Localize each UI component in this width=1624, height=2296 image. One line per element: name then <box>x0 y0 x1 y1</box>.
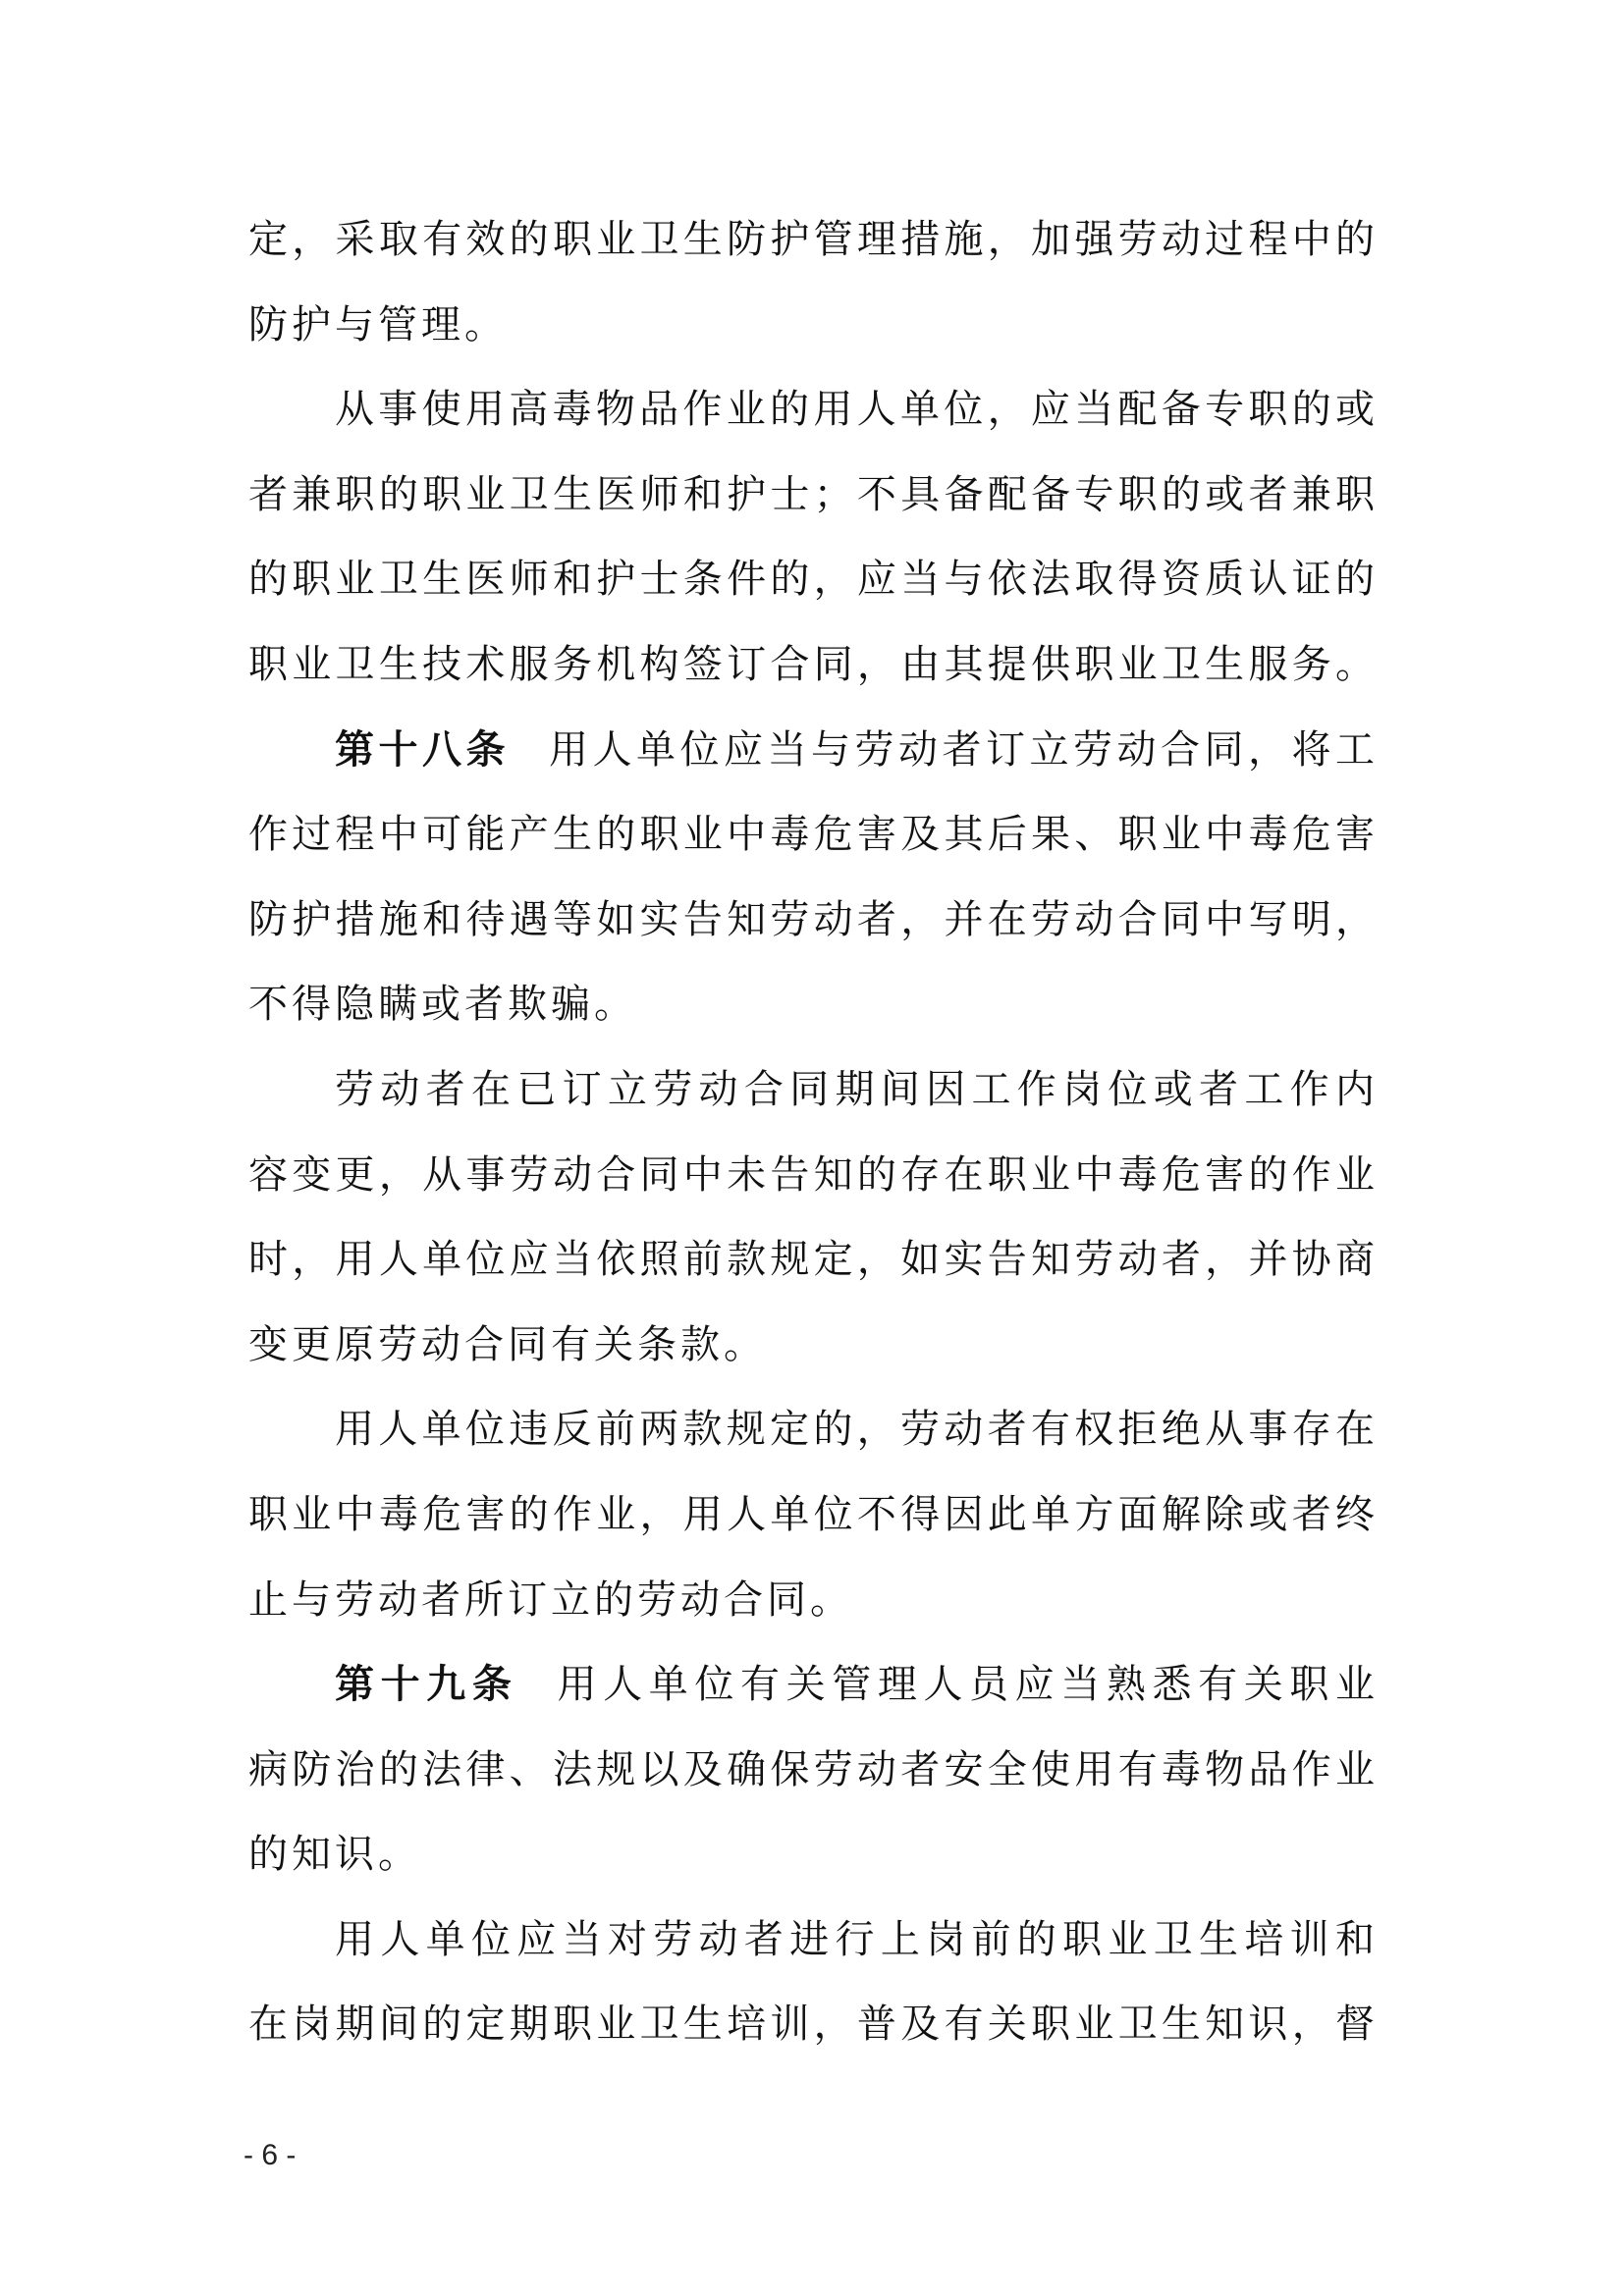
text-line: 容变更，从事劳动合同中未告知的存在职业中毒危害的作业 <box>248 1153 1375 1197</box>
text-line: 从事使用高毒物品作业的用人单位，应当配备专职的或 <box>335 388 1375 431</box>
text-line: 劳动者在已订立劳动合同期间因工作岗位或者工作内 <box>335 1068 1375 1111</box>
text-line: 作过程中可能产生的职业中毒危害及其后果、职业中毒危害 <box>248 813 1375 856</box>
text-line: 在岗期间的定期职业卫生培训，普及有关职业卫生知识，督 <box>248 2002 1375 2046</box>
text-line: 用人单位违反前两款规定的，劳动者有权拒绝从事存在 <box>335 1408 1375 1451</box>
text-line: 定，采取有效的职业卫生防护管理措施，加强劳动过程中的 <box>248 218 1375 261</box>
article-18-line: 第十八条用人单位应当与劳动者订立劳动合同，将工 <box>335 728 1375 772</box>
text-line: 时，用人单位应当依照前款规定，如实告知劳动者，并协商 <box>248 1238 1375 1281</box>
text-line: 防护与管理。 <box>248 303 1375 347</box>
text-line: 变更原劳动合同有关条款。 <box>248 1323 1375 1366</box>
text-line: 用人单位应当与劳动者订立劳动合同，将工 <box>549 727 1375 773</box>
text-line: 用人单位有关管理人员应当熟悉有关职业 <box>557 1662 1375 1707</box>
text-line: 病防治的法律、法规以及确保劳动者安全使用有毒物品作业 <box>248 1748 1375 1791</box>
page-number: - 6 - <box>244 2136 296 2175</box>
article-19-line: 第十九条用人单位有关管理人员应当熟悉有关职业 <box>335 1663 1375 1706</box>
text-line: 职业中毒危害的作业，用人单位不得因此单方面解除或者终 <box>248 1493 1375 1536</box>
text-line: 的职业卫生医师和护士条件的，应当与依法取得资质认证的 <box>248 558 1375 601</box>
text-line: 不得隐瞒或者欺骗。 <box>248 983 1375 1026</box>
text-line: 防护措施和待遇等如实告知劳动者，并在劳动合同中写明， <box>248 898 1375 941</box>
text-line: 者兼职的职业卫生医师和护士；不具备配备专职的或者兼职 <box>248 473 1375 516</box>
text-line: 职业卫生技术服务机构签订合同，由其提供职业卫生服务。 <box>248 643 1375 686</box>
text-line: 的知识。 <box>248 1833 1375 1876</box>
text-line: 止与劳动者所订立的劳动合同。 <box>248 1578 1375 1622</box>
article-heading: 第十九条 <box>335 1662 517 1707</box>
document-page: 定，采取有效的职业卫生防护管理措施，加强劳动过程中的 防护与管理。 从事使用高毒… <box>0 0 1624 2296</box>
article-heading: 第十八条 <box>335 727 510 773</box>
text-line: 用人单位应当对劳动者进行上岗前的职业卫生培训和 <box>335 1918 1375 1961</box>
